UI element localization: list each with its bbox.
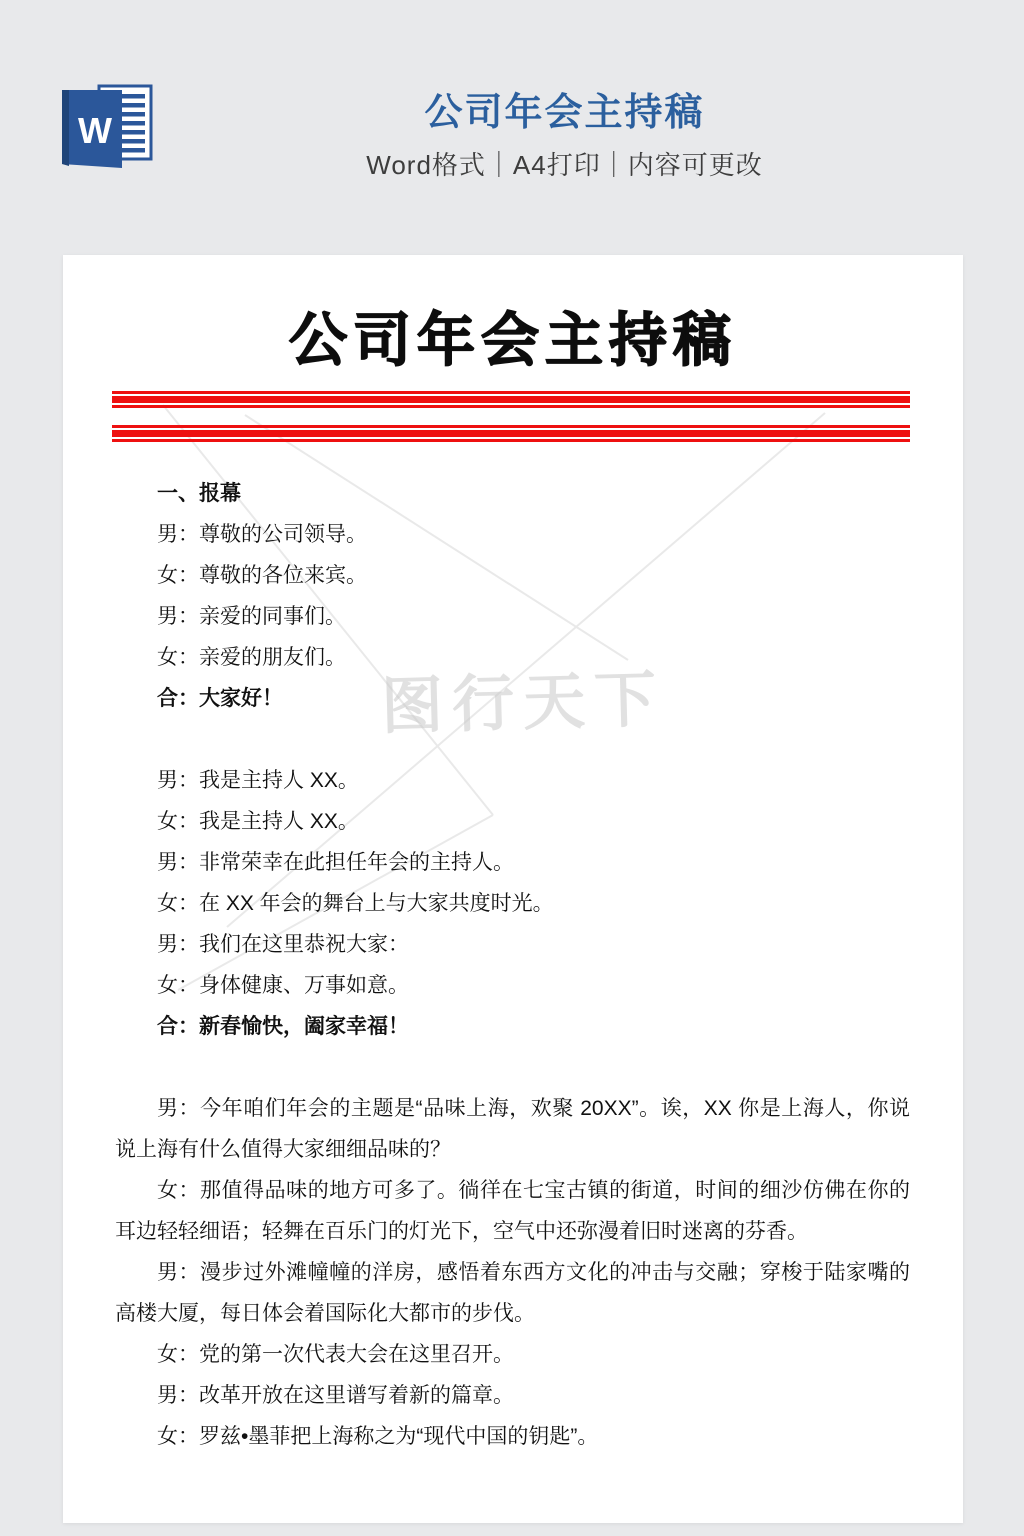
header: W 公司年会主持稿 Word格式｜A4打印｜内容可更改 (0, 0, 1024, 230)
red-rule-bottom (112, 425, 910, 442)
red-rule-top (112, 391, 910, 408)
section-announce: 一、报幕 男：尊敬的公司领导。 女：尊敬的各位来宾。 男：亲爱的同事们。 女：亲… (115, 473, 910, 719)
word-icon-letter: W (78, 110, 112, 151)
dialogue-line: 合：大家好！ (115, 678, 910, 719)
page-subtitle: Word格式｜A4打印｜内容可更改 (155, 150, 974, 180)
section-theme: 男：今年咱们年会的主题是“品味上海，欢聚 20XX”。诶，XX 你是上海人，你说… (115, 1088, 910, 1457)
dialogue-paragraph: 男：改革开放在这里谱写着新的篇章。 (115, 1375, 910, 1416)
document-page: 图行天下 公司年会主持稿 一、报幕 男：尊敬的公司领导。 女：尊敬的各位来宾。 … (63, 255, 963, 1523)
dialogue-paragraph: 女：罗兹•墨菲把上海称之为“现代中国的钥匙”。 (115, 1416, 910, 1457)
dialogue-line: 女：在 XX 年会的舞台上与大家共度时光。 (115, 883, 910, 924)
dialogue-line: 男：亲爱的同事们。 (115, 596, 910, 637)
document-body: 一、报幕 男：尊敬的公司领导。 女：尊敬的各位来宾。 男：亲爱的同事们。 女：亲… (115, 473, 910, 1498)
dialogue-paragraph: 男：漫步过外滩幢幢的洋房，感悟着东西方文化的冲击与交融；穿梭于陆家嘴的高楼大厦，… (115, 1252, 910, 1334)
dialogue-line: 男：非常荣幸在此担任年会的主持人。 (115, 842, 910, 883)
page-title: 公司年会主持稿 (155, 90, 974, 136)
dialogue-paragraph: 女：那值得品味的地方可多了。徜徉在七宝古镇的街道，时间的细沙仿佛在你的耳边轻轻细… (115, 1170, 910, 1252)
dialogue-line: 男：尊敬的公司领导。 (115, 514, 910, 555)
dialogue-line: 男：我们在这里恭祝大家： (115, 924, 910, 965)
dialogue-line: 女：亲爱的朋友们。 (115, 637, 910, 678)
document-title: 公司年会主持稿 (63, 301, 963, 381)
dialogue-line: 男：我是主持人 XX。 (115, 760, 910, 801)
dialogue-paragraph: 男：今年咱们年会的主题是“品味上海，欢聚 20XX”。诶，XX 你是上海人，你说… (115, 1088, 910, 1170)
section-intro: 男：我是主持人 XX。 女：我是主持人 XX。 男：非常荣幸在此担任年会的主持人… (115, 760, 910, 1047)
dialogue-line: 合：新春愉快，阖家幸福！ (115, 1006, 910, 1047)
dialogue-line: 女：尊敬的各位来宾。 (115, 555, 910, 596)
section-heading: 一、报幕 (115, 473, 910, 514)
word-icon: W (62, 82, 155, 168)
dialogue-line: 女：我是主持人 XX。 (115, 801, 910, 842)
dialogue-line: 女：身体健康、万事如意。 (115, 965, 910, 1006)
dialogue-paragraph: 女：党的第一次代表大会在这里召开。 (115, 1334, 910, 1375)
